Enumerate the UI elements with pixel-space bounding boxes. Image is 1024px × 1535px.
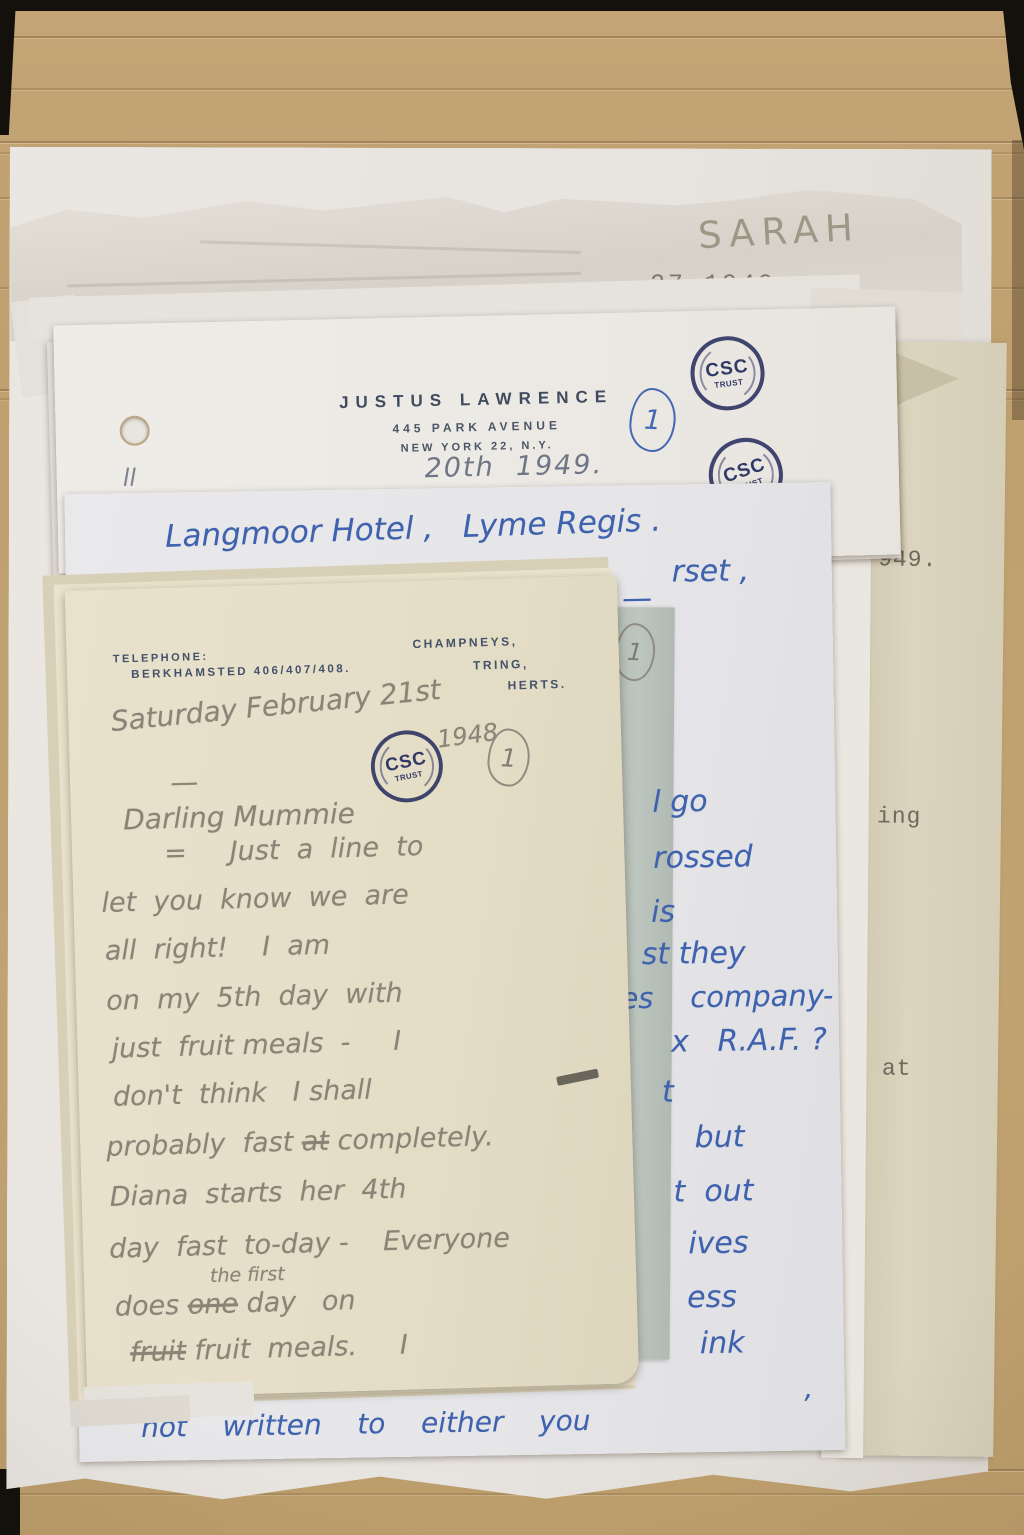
handwriting-line: Diana starts her 4th	[109, 1174, 406, 1213]
handwritten-date: Saturday February 21st	[109, 673, 442, 738]
pencil-dash: —	[170, 765, 199, 799]
handwritten-date-fragment: 20th 1949.	[424, 449, 603, 484]
page-number: 1	[643, 404, 662, 436]
ink-fragment: st they	[641, 935, 745, 972]
handwriting-line: day fast to-day - Everyone	[109, 1223, 511, 1265]
inserted-words: the first	[210, 1263, 285, 1287]
langmoor-heading: Langmoor Hotel , Lyme Regis .	[165, 502, 662, 554]
struck-word: one	[187, 1288, 238, 1320]
handwriting-line: probably fast at completely.	[106, 1121, 494, 1163]
telephone-value: BERKHAMSTED 406/407/408.	[131, 663, 351, 681]
ink-fragment: es company-	[620, 978, 833, 1015]
folder-crease	[0, 36, 1024, 38]
letterhead-address: HERTS.	[507, 677, 566, 693]
backdrop-edge	[0, 0, 1024, 11]
handwriting-line: = Just a line to	[164, 831, 424, 869]
letterhead-address: TRING,	[473, 657, 529, 673]
tissue-wrinkle	[200, 240, 581, 254]
handwriting-part: completely.	[329, 1121, 494, 1157]
ink-fragment: x R.A.F. ?	[671, 1022, 827, 1059]
archive-photo: SARAH 27 1949 949. ing at JUSTUS LAWRENC…	[0, 0, 1024, 1535]
handwriting-part: does	[114, 1290, 188, 1323]
stamp-text: TRUST	[394, 770, 423, 783]
ink-fragment: rossed	[653, 839, 753, 876]
typed-fragment: at	[882, 1055, 912, 1081]
handwriting-line: Darling Mummie	[123, 797, 356, 836]
ink-dash: —	[622, 581, 653, 616]
scribble-mark	[556, 1069, 599, 1086]
struck-word: at	[301, 1126, 329, 1158]
stamp-text: CSC	[721, 454, 768, 486]
handwriting-line: does one day on	[114, 1285, 356, 1323]
folder-crease	[0, 141, 1024, 143]
telephone-label: TELEPHONE:	[113, 651, 209, 666]
handwriting-line: let you know we are	[101, 879, 409, 919]
handwriting-fragment: ll	[122, 464, 136, 492]
ink-fragment: ives	[688, 1225, 749, 1261]
champneys-letter: TELEPHONE: BERKHAMSTED 406/407/408. CHAM…	[65, 575, 639, 1398]
folder-edge-shadow	[1012, 140, 1024, 420]
page-number-circle: 1	[628, 387, 677, 453]
page-number: 1	[500, 743, 517, 773]
handwriting-line: fruit fruit meals. I	[130, 1330, 409, 1369]
ink-fragment: rset ,	[671, 553, 749, 589]
handwriting-part: day on	[238, 1285, 356, 1319]
ink-fragment: ess	[687, 1280, 737, 1316]
stamp-text: CSC	[384, 748, 429, 774]
handwriting-line: all right! I am	[104, 930, 330, 967]
letterhead-address: 445 PARK AVENUE	[392, 418, 561, 436]
letterhead-address: CHAMPNEYS,	[412, 634, 517, 651]
handwriting-line: just fruit meals - I	[111, 1026, 401, 1065]
ink-fragment: is	[651, 895, 676, 930]
stamp-text: CSC	[704, 356, 749, 380]
ink-fragment: l go	[652, 784, 708, 820]
ink-fragment: ink	[700, 1325, 745, 1361]
punch-hole	[119, 415, 150, 446]
csc-trust-stamp: CSC TRUST	[686, 332, 769, 415]
typed-fragment: ing	[877, 803, 922, 830]
stamp-text: TRUST	[714, 378, 744, 390]
letterhead-name: JUSTUS LAWRENCE	[339, 387, 613, 413]
handwriting-line: on my 5th day with	[106, 978, 403, 1017]
ink-fragment: but	[694, 1119, 744, 1155]
page-number: 1	[626, 638, 643, 667]
ink-fragment: ’	[801, 1388, 810, 1421]
sarah-annotation: SARAH	[697, 206, 861, 257]
handwriting-line: don't think I shall	[113, 1074, 373, 1112]
folder-crease	[0, 88, 1024, 90]
ink-fragment: t out	[673, 1173, 754, 1209]
struck-word: fruit	[130, 1336, 187, 1369]
handwriting-part: probably fast	[106, 1126, 302, 1162]
ink-fragment: t	[662, 1075, 674, 1110]
handwriting-part: fruit meals. I	[185, 1330, 408, 1367]
